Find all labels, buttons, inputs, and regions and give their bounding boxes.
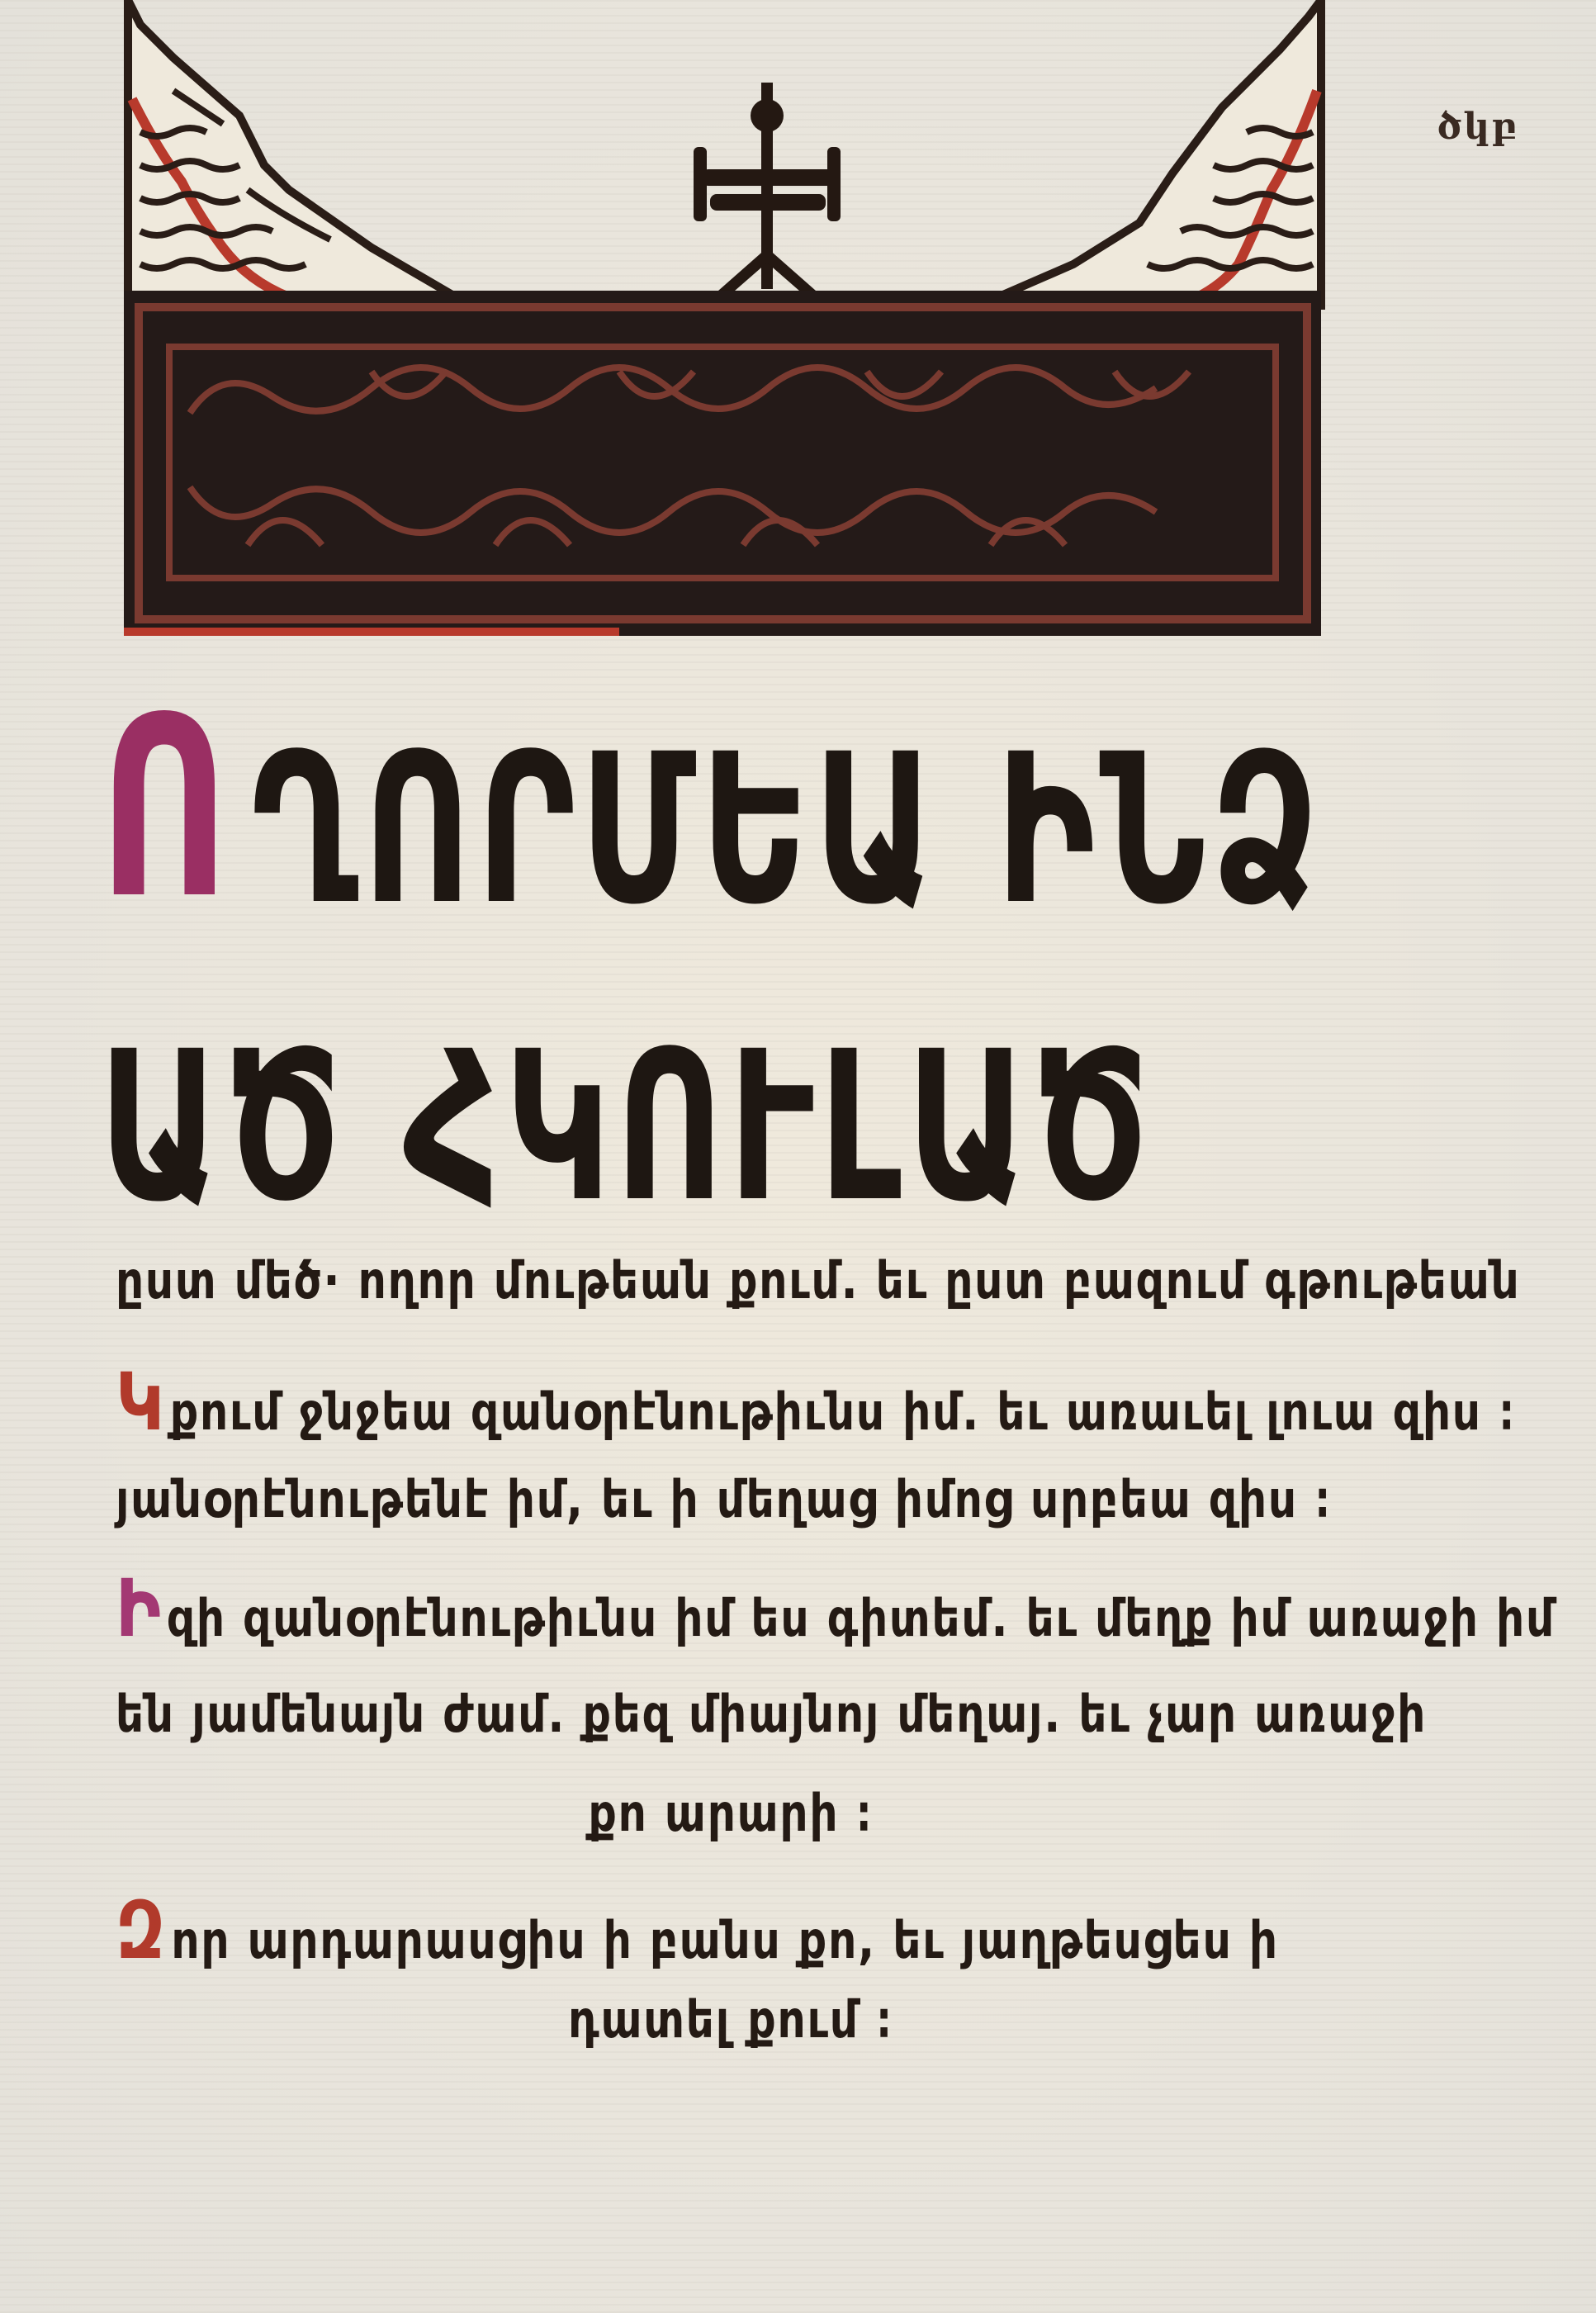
text-line: ըստ մեծ· ողոր մութեան քում. եւ ըստ բազու… — [116, 1255, 1173, 1306]
text-line-content: են յամենայն ժամ. քեզ միայնոյ մեղայ. եւ չ… — [116, 1684, 1427, 1744]
title-line-1-text: ՂՈՐՄԵԱ ԻՆՁ — [252, 727, 1324, 933]
title-line-2: ԱԾ ՀԿՈՒԼԱԾ — [99, 983, 1154, 1230]
ornamental-panel — [124, 291, 1321, 636]
text-line: քո արարի ։ — [201, 1788, 1259, 1839]
magenta-initial: Ի — [116, 1562, 163, 1655]
cross-icon — [694, 83, 841, 291]
red-initial: Զ — [116, 1884, 167, 1977]
text-line: յանօրէնութենէ իմ, եւ ի մեղաց իմոց սրբեա … — [116, 1474, 1173, 1525]
text-line: Կքում ջնջեա զանօրէնութիւնս իմ. եւ առաւել… — [116, 1363, 1173, 1442]
text-line-content: յանօրէնութենէ իմ, եւ ի մեղաց իմոց սրբեա … — [116, 1469, 1332, 1529]
text-line-content: քում ջնջեա զանօրէնութիւնս իմ. եւ առաւել … — [170, 1382, 1516, 1442]
red-initial: Կ — [116, 1356, 166, 1448]
manuscript-page: ծկբ — [0, 0, 1596, 2313]
text-line-content: ըստ մեծ· ողոր մութեան քում. եւ ըստ բազու… — [116, 1250, 1520, 1311]
right-corner-foliage-icon — [978, 0, 1321, 306]
illuminated-initial: Ո — [99, 685, 234, 933]
text-line-content: դատել քում ։ — [568, 1989, 893, 2050]
text-line: Զոր արդարասցիս ի բանս քո, եւ յաղթեսցես ի — [116, 1891, 1173, 1970]
text-line-content: քո արարի ։ — [588, 1783, 873, 1843]
folio-number: ծկբ — [1437, 106, 1518, 148]
headpiece-ornament — [124, 0, 1325, 644]
left-corner-foliage-icon — [128, 0, 471, 306]
text-line-content: որ արդարասցիս ի բանս քո, եւ յաղթեսցես ի — [171, 1910, 1278, 1970]
text-line: Իզի զանօրէնութիւնս իմ ես գիտեմ. եւ մեղք … — [116, 1569, 1173, 1648]
title-line-1: Ո ՂՈՐՄԵԱ ԻՆՁ — [99, 685, 1324, 933]
text-line: դատել քում ։ — [201, 1994, 1259, 2045]
text-line: են յամենայն ժամ. քեզ միայնոյ մեղայ. եւ չ… — [116, 1689, 1173, 1740]
text-line-content: զի զանօրէնութիւնս իմ ես գիտեմ. եւ մեղք ի… — [167, 1588, 1556, 1648]
